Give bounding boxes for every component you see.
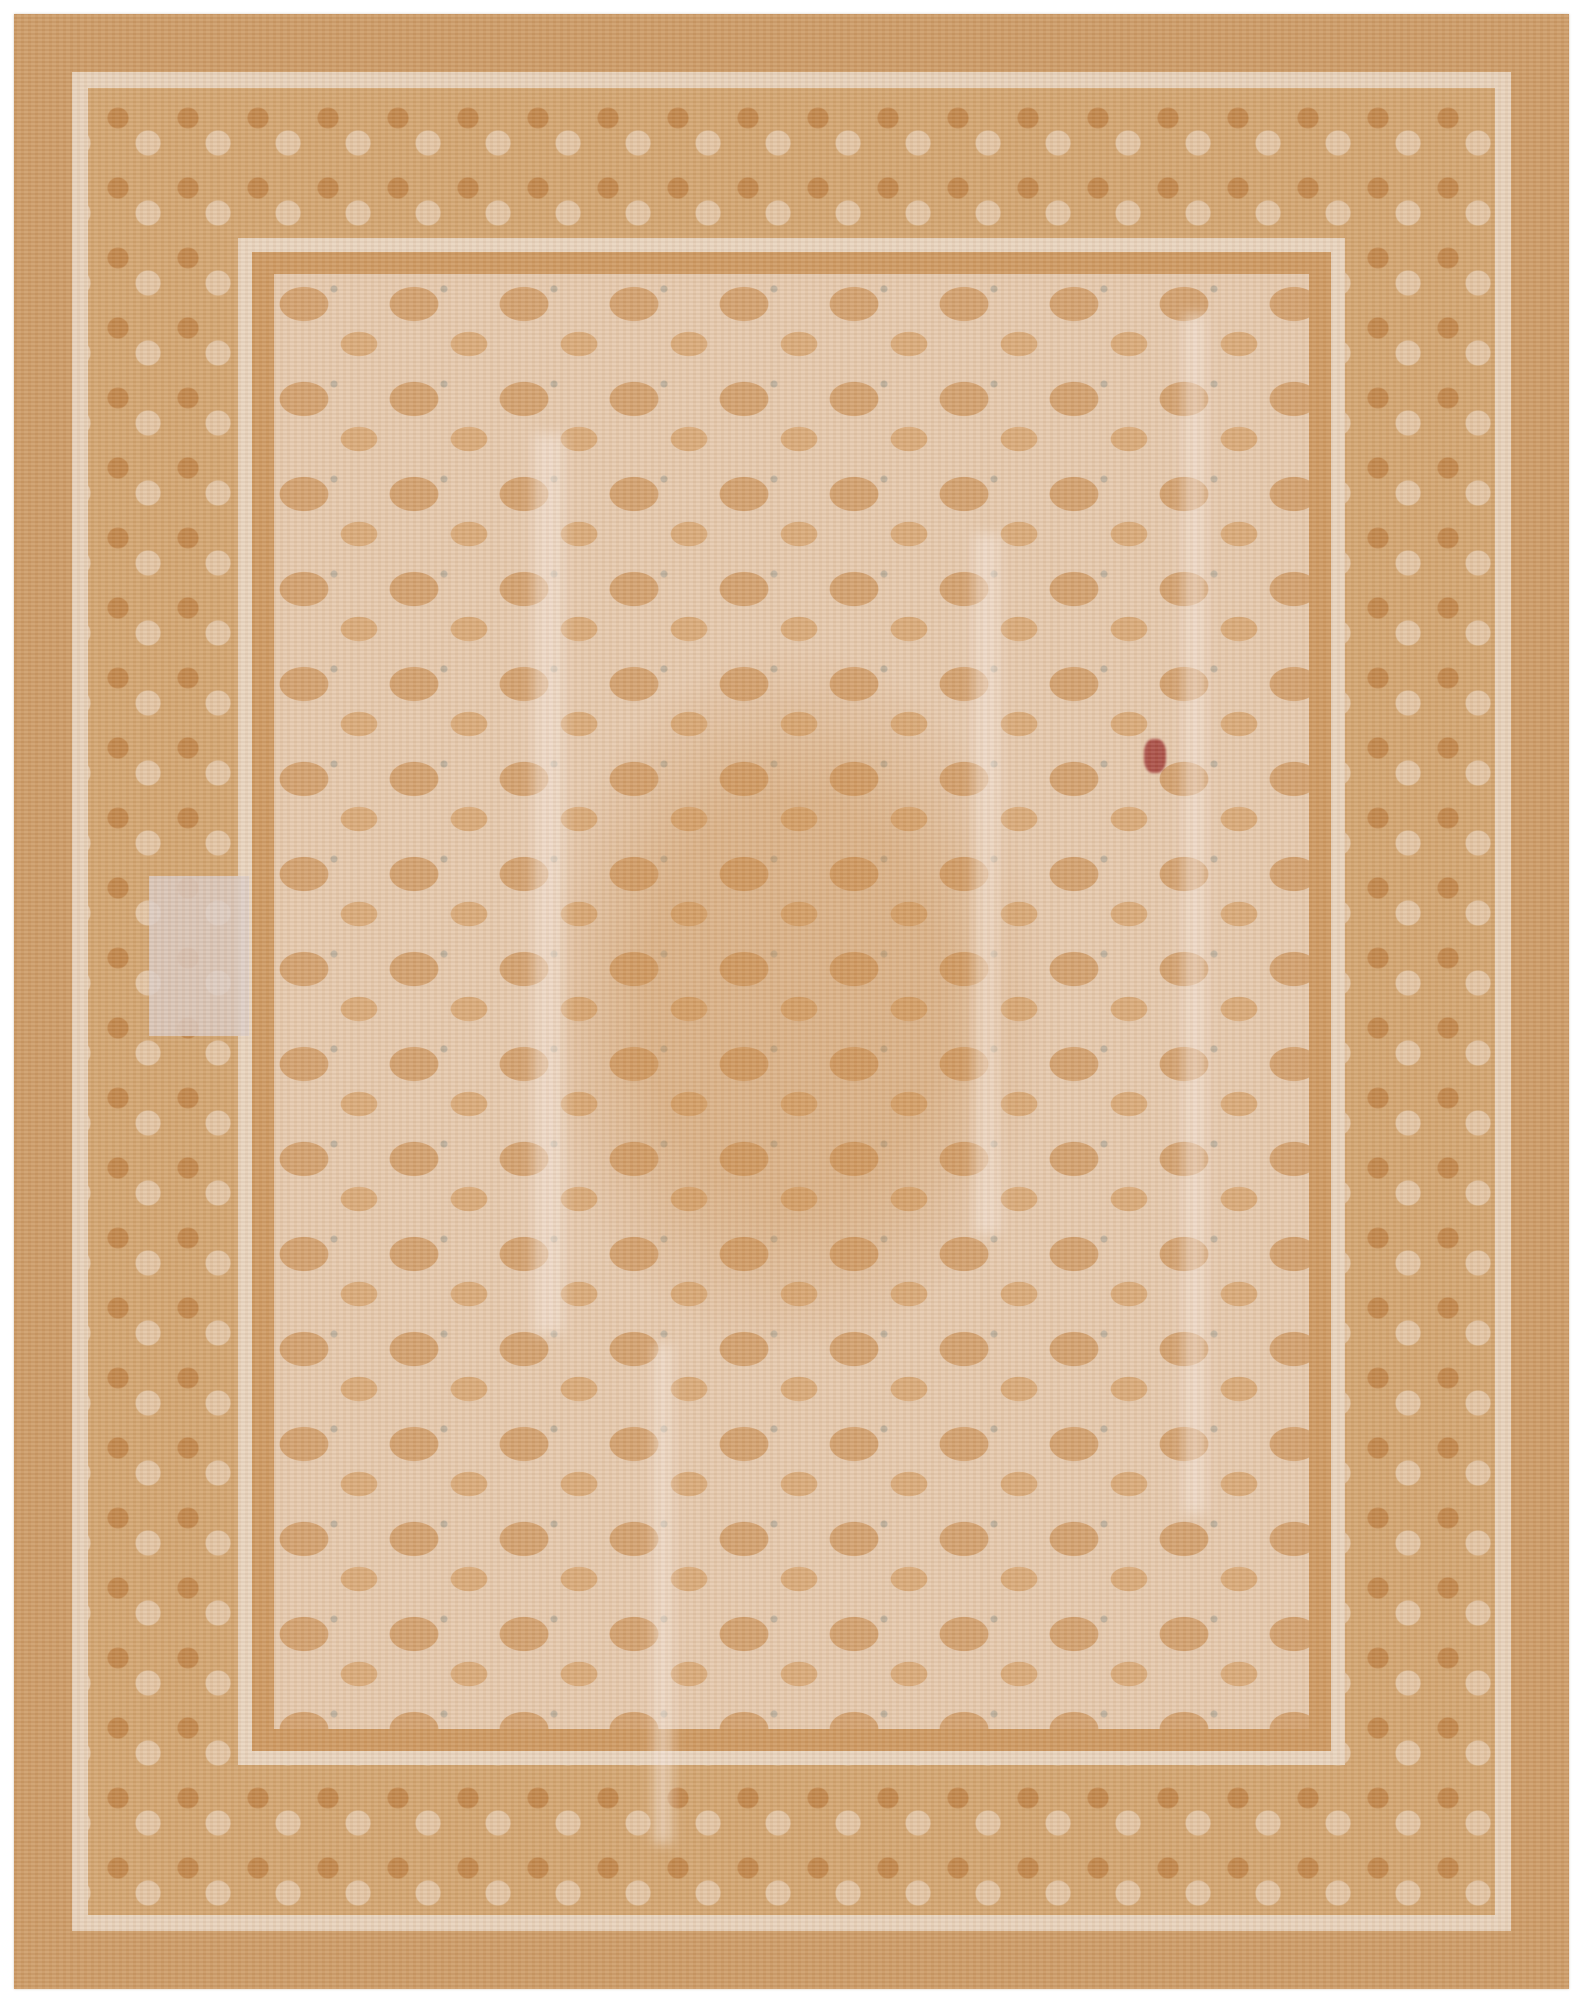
rug xyxy=(14,14,1569,1989)
red-motif xyxy=(1144,739,1166,773)
wear-streak xyxy=(974,534,1000,1234)
wear-streak xyxy=(534,434,564,1334)
repair-patch xyxy=(149,876,249,1036)
wear-streak xyxy=(1184,314,1206,1514)
rug-field xyxy=(274,274,1309,1729)
wear-streak xyxy=(654,1344,672,1844)
